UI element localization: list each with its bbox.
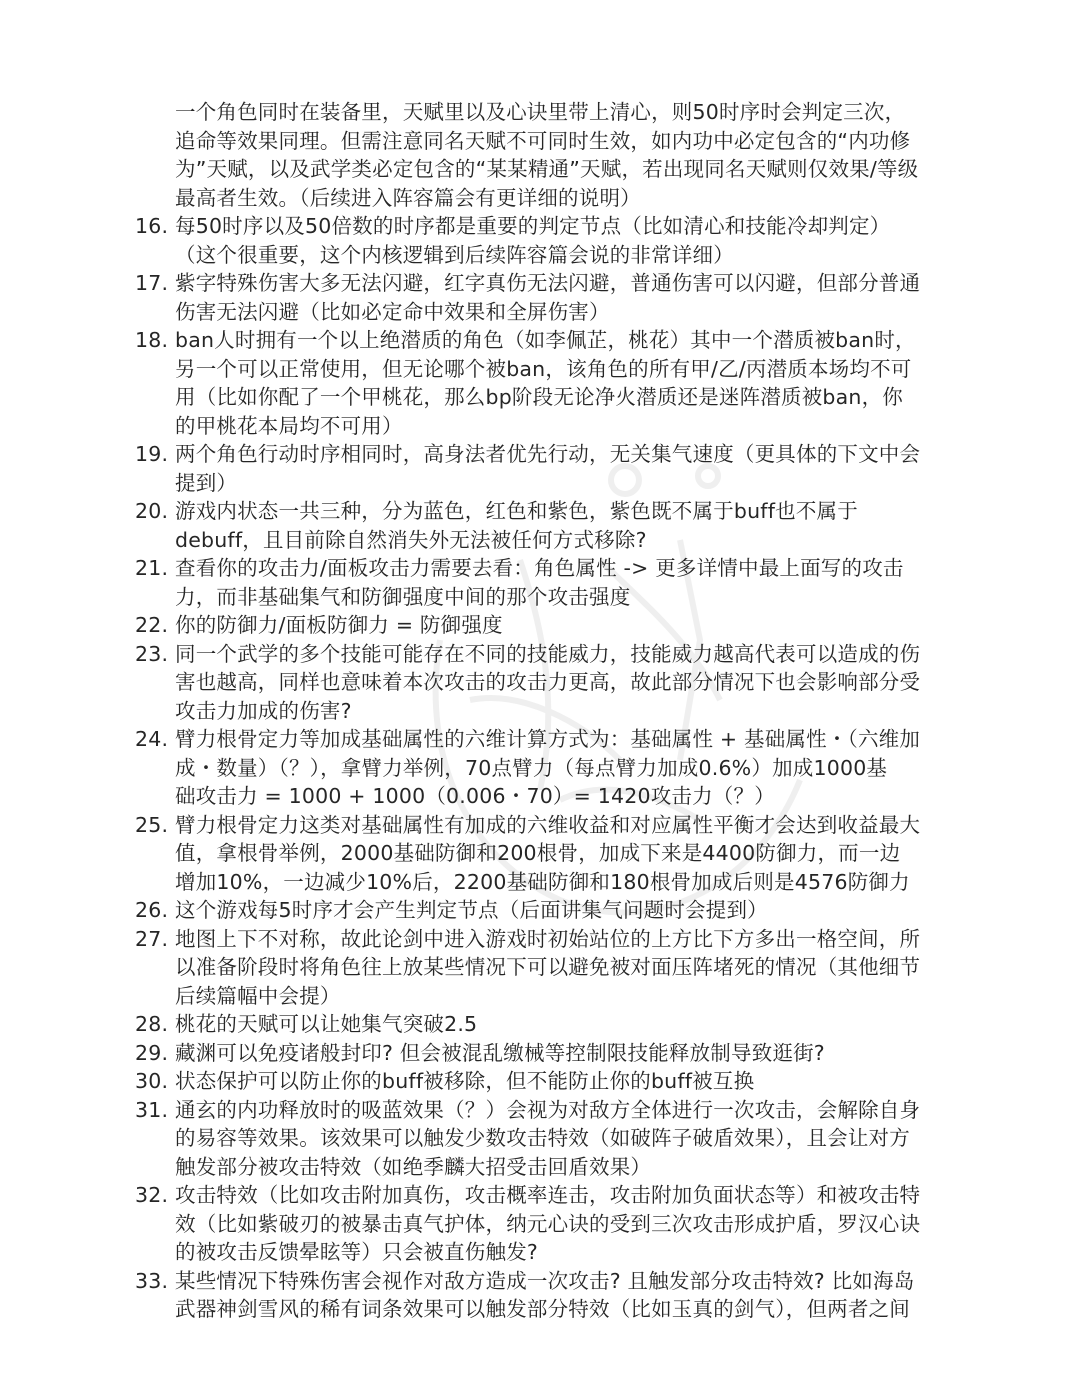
text-line: 触发部分被攻击特效（如绝季麟大招受击回盾效果） <box>175 1153 950 1182</box>
text-line: 础攻击力 = 1000 + 1000（0.006・70）= 1420攻击力（？） <box>175 782 950 811</box>
list-item-27: 27. 地图上下不对称，故此论剑中进入游戏时初始站位的上方比下方多出一格空间，所… <box>135 925 950 1011</box>
text-line: 地图上下不对称，故此论剑中进入游戏时初始站位的上方比下方多出一格空间，所 <box>175 925 950 954</box>
list-item-17: 17. 紫字特殊伤害大多无法闪避，红字真伤无法闪避，普通伤害可以闪避，但部分普通… <box>135 269 950 326</box>
text-line: 追命等效果同理。但需注意同名天赋不可同时生效，如内功中必定包含的“内功修 <box>175 127 950 156</box>
item-number: 17. <box>135 269 175 326</box>
text-line: 同一个武学的多个技能可能存在不同的技能威力，技能威力越高代表可以造成的伤 <box>175 640 950 669</box>
list-item-24: 24. 臂力根骨定力等加成基础属性的六维计算方式为：基础属性 + 基础属性・（六… <box>135 725 950 811</box>
list-item-18: 18. ban人时拥有一个以上绝潜质的角色（如李佩芷，桃花）其中一个潜质被ban… <box>135 326 950 440</box>
text-line: 用（比如你配了一个甲桃花，那么bp阶段无论净火潜质还是迷阵潜质被ban，你 <box>175 383 950 412</box>
text-line: debuff，且目前除自然消失外无法被任何方式移除? <box>175 526 950 555</box>
text-line: 一个角色同时在装备里，天赋里以及心诀里带上清心，则50时序时会判定三次， <box>175 98 950 127</box>
text-line: 臂力根骨定力等加成基础属性的六维计算方式为：基础属性 + 基础属性・（六维加 <box>175 725 950 754</box>
item-number: 26. <box>135 896 175 925</box>
item-number: 19. <box>135 440 175 497</box>
text-line: 通玄的内功释放时的吸蓝效果（？）会视为对敌方全体进行一次攻击，会解除自身 <box>175 1096 950 1125</box>
item-number: 21. <box>135 554 175 611</box>
text-line: 状态保护可以防止你的buff被移除，但不能防止你的buff被互换 <box>175 1067 950 1096</box>
item-number: 29. <box>135 1039 175 1068</box>
text-line: 成・数量）（？），拿臂力举例，70点臂力（每点臂力加成0.6%）加成1000基 <box>175 754 950 783</box>
text-line: 查看你的攻击力/面板攻击力需要去看：角色属性 -> 更多详情中最上面写的攻击 <box>175 554 950 583</box>
text-line: （这个很重要，这个内核逻辑到后续阵容篇会说的非常详细） <box>175 241 950 270</box>
text-line: 的甲桃花本局均不可用） <box>175 412 950 441</box>
text-line: 藏渊可以免疫诸般封印? 但会被混乱缴械等控制限技能释放制导致逛街? <box>175 1039 950 1068</box>
text-line: 两个角色行动时序相同时，高身法者优先行动，无关集气速度（更具体的下文中会 <box>175 440 950 469</box>
text-line: 增加10%，一边减少10%后，2200基础防御和180根骨加成后则是4576防御… <box>175 868 950 897</box>
list-item-19: 19. 两个角色行动时序相同时，高身法者优先行动，无关集气速度（更具体的下文中会… <box>135 440 950 497</box>
previous-item-continuation: 一个角色同时在装备里，天赋里以及心诀里带上清心，则50时序时会判定三次， 追命等… <box>135 98 950 212</box>
text-line: 某些情况下特殊伤害会视作对敌方造成一次攻击? 且触发部分攻击特效? 比如海岛 <box>175 1267 950 1296</box>
item-number: 32. <box>135 1181 175 1267</box>
text-line: 效（比如紫破刃的被暴击真气护体，纳元心诀的受到三次攻击形成护盾，罗汉心诀 <box>175 1210 950 1239</box>
text-line: 后续篇幅中会提） <box>175 982 950 1011</box>
list-item-28: 28. 桃花的天赋可以让她集气突破2.5 <box>135 1010 950 1039</box>
text-line: 为”天赋，以及武学类必定包含的“某某精通”天赋，若出现同名天赋则仅效果/等级 <box>175 155 950 184</box>
text-line: 值，拿根骨举例，2000基础防御和200根骨，加成下来是4400防御力，而一边 <box>175 839 950 868</box>
text-line: 力，而非基础集气和防御强度中间的那个攻击强度 <box>175 583 950 612</box>
list-item-22: 22. 你的防御力/面板防御力 = 防御强度 <box>135 611 950 640</box>
text-line: 攻击力加成的伤害? <box>175 697 950 726</box>
text-line: 这个游戏每5时序才会产生判定节点（后面讲集气问题时会提到） <box>175 896 950 925</box>
list-item-31: 31. 通玄的内功释放时的吸蓝效果（？）会视为对敌方全体进行一次攻击，会解除自身… <box>135 1096 950 1182</box>
text-line: 以准备阶段时将角色往上放某些情况下可以避免被对面压阵堵死的情况（其他细节 <box>175 953 950 982</box>
text-line: 的被攻击反馈晕眩等）只会被直伤触发? <box>175 1238 950 1267</box>
item-number: 22. <box>135 611 175 640</box>
text-line: 攻击特效（比如攻击附加真伤，攻击概率连击，攻击附加负面状态等）和被攻击特 <box>175 1181 950 1210</box>
text-line: 的易容等效果。该效果可以触发少数攻击特效（如破阵子破盾效果），且会让对方 <box>175 1124 950 1153</box>
item-number: 30. <box>135 1067 175 1096</box>
list-item-20: 20. 游戏内状态一共三种，分为蓝色，红色和紫色，紫色既不属于buff也不属于 … <box>135 497 950 554</box>
text-line: 提到） <box>175 469 950 498</box>
item-number: 25. <box>135 811 175 897</box>
item-number: 31. <box>135 1096 175 1182</box>
item-number: 20. <box>135 497 175 554</box>
text-line: 武器神剑雪风的稀有词条效果可以触发部分特效（比如玉真的剑气），但两者之间 <box>175 1295 950 1324</box>
text-line: 伤害无法闪避（比如必定命中效果和全屏伤害） <box>175 298 950 327</box>
text-line: 你的防御力/面板防御力 = 防御强度 <box>175 611 950 640</box>
item-number: 28. <box>135 1010 175 1039</box>
list-item-25: 25. 臂力根骨定力这类对基础属性有加成的六维收益和对应属性平衡才会达到收益最大… <box>135 811 950 897</box>
text-line: 每50时序以及50倍数的时序都是重要的判定节点（比如清心和技能冷却判定） <box>175 212 950 241</box>
item-number: 27. <box>135 925 175 1011</box>
list-item-29: 29. 藏渊可以免疫诸般封印? 但会被混乱缴械等控制限技能释放制导致逛街? <box>135 1039 950 1068</box>
item-number: 18. <box>135 326 175 440</box>
text-line: 臂力根骨定力这类对基础属性有加成的六维收益和对应属性平衡才会达到收益最大 <box>175 811 950 840</box>
list-item-26: 26. 这个游戏每5时序才会产生判定节点（后面讲集气问题时会提到） <box>135 896 950 925</box>
text-line: 另一个可以正常使用，但无论哪个被ban，该角色的所有甲/乙/丙潜质本场均不可 <box>175 355 950 384</box>
text-line: ban人时拥有一个以上绝潜质的角色（如李佩芷，桃花）其中一个潜质被ban时， <box>175 326 950 355</box>
list-item-32: 32. 攻击特效（比如攻击附加真伤，攻击概率连击，攻击附加负面状态等）和被攻击特… <box>135 1181 950 1267</box>
item-number: 16. <box>135 212 175 269</box>
document-body: 一个角色同时在装备里，天赋里以及心诀里带上清心，则50时序时会判定三次， 追命等… <box>135 98 950 1324</box>
text-line: 游戏内状态一共三种，分为蓝色，红色和紫色，紫色既不属于buff也不属于 <box>175 497 950 526</box>
item-number: 33. <box>135 1267 175 1324</box>
text-line: 最高者生效。（后续进入阵容篇会有更详细的说明） <box>175 184 950 213</box>
text-line: 害也越高，同样也意味着本次攻击的攻击力更高，故此部分情况下也会影响部分受 <box>175 668 950 697</box>
item-number: 23. <box>135 640 175 726</box>
text-line: 桃花的天赋可以让她集气突破2.5 <box>175 1010 950 1039</box>
text-line: 紫字特殊伤害大多无法闪避，红字真伤无法闪避，普通伤害可以闪避，但部分普通 <box>175 269 950 298</box>
list-item-16: 16. 每50时序以及50倍数的时序都是重要的判定节点（比如清心和技能冷却判定）… <box>135 212 950 269</box>
list-item-23: 23. 同一个武学的多个技能可能存在不同的技能威力，技能威力越高代表可以造成的伤… <box>135 640 950 726</box>
list-item-33: 33. 某些情况下特殊伤害会视作对敌方造成一次攻击? 且触发部分攻击特效? 比如… <box>135 1267 950 1324</box>
list-item-30: 30. 状态保护可以防止你的buff被移除，但不能防止你的buff被互换 <box>135 1067 950 1096</box>
item-number: 24. <box>135 725 175 811</box>
list-item-21: 21. 查看你的攻击力/面板攻击力需要去看：角色属性 -> 更多详情中最上面写的… <box>135 554 950 611</box>
